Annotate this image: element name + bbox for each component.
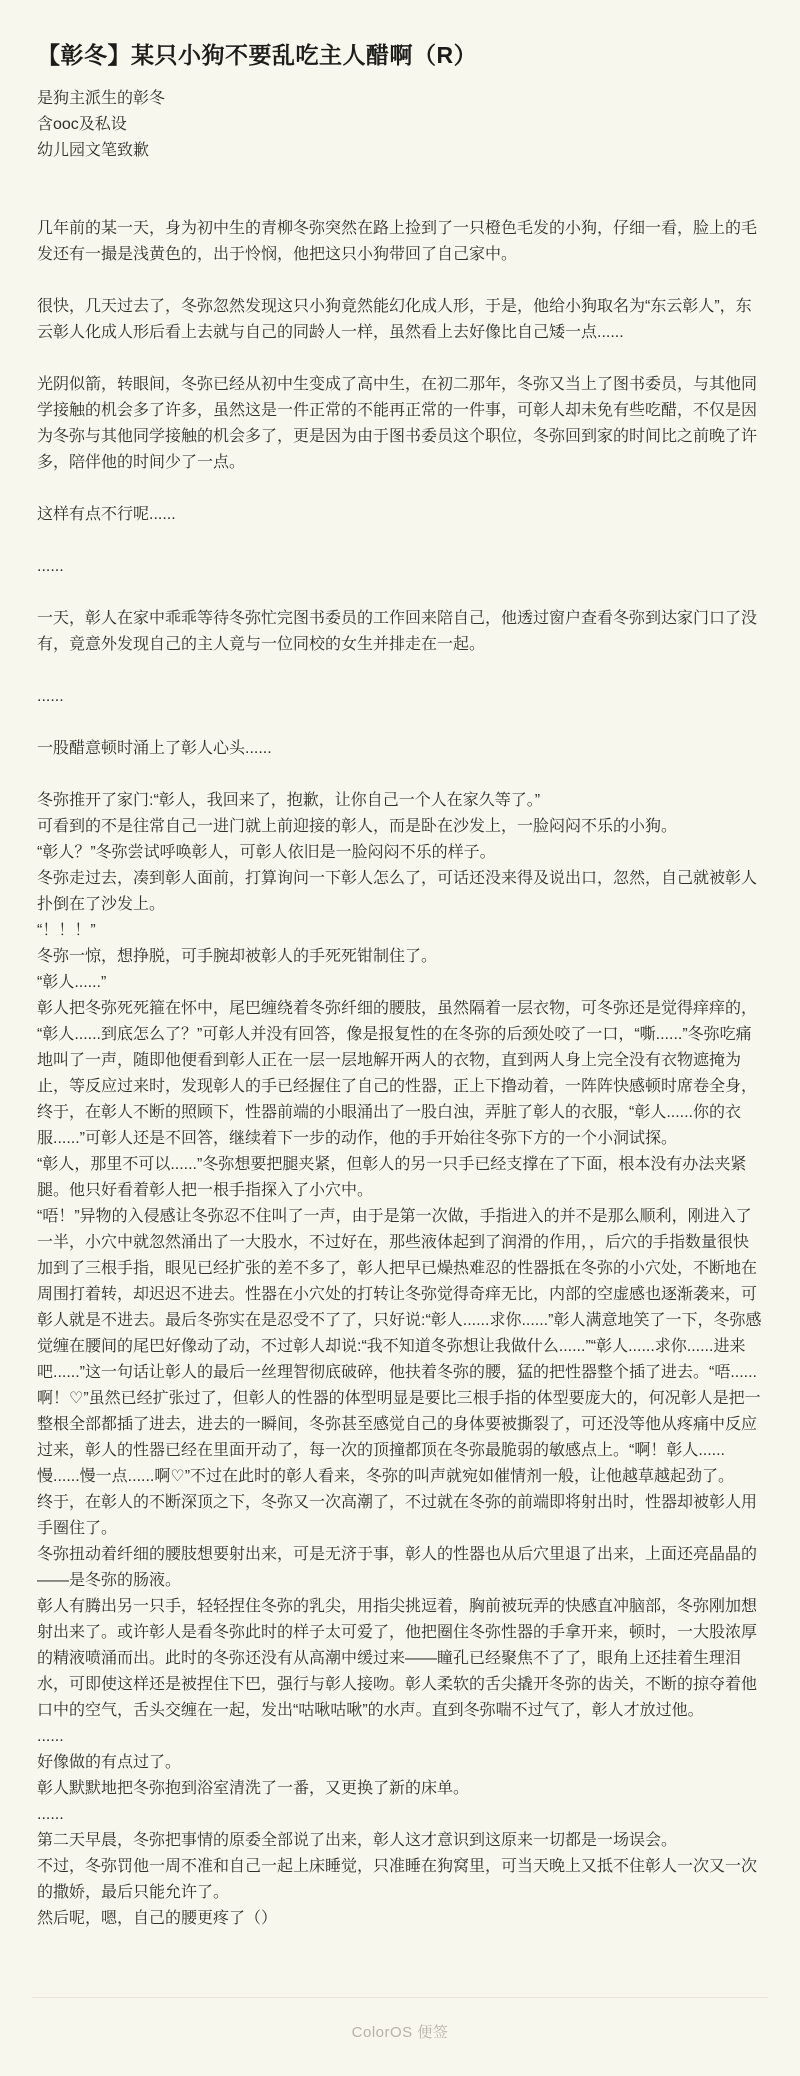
- note-paragraph: 冬弥走过去，凑到彰人面前，打算询问一下彰人怎么了，可话还没来得及说出口，忽然，自…: [37, 866, 763, 918]
- note-paragraph: 是狗主派生的彰冬 含ooc及私设 幼儿园文笔致歉: [37, 86, 763, 164]
- note-paragraph: 冬弥扭动着纤细的腰肢想要射出来，可是无济于事，彰人的性器也从后穴里退了出来，上面…: [37, 1542, 763, 1594]
- note-paragraph: 好像做的有点过了。: [37, 1750, 763, 1776]
- note-paragraph: 可看到的不是往常自己一进门就上前迎接的彰人，而是卧在沙发上，一脸闷闷不乐的小狗。: [37, 814, 763, 840]
- note-paragraph: 一天，彰人在家中乖乖等待冬弥忙完图书委员的工作回来陪自己，他透过窗户查看冬弥到达…: [37, 606, 763, 658]
- page-footer: ColorOS 便签: [0, 1997, 800, 2076]
- note-paragraph: 很快，几天过去了，冬弥忽然发现这只小狗竟然能幻化成人形，于是，他给小狗取名为“东…: [37, 294, 763, 346]
- note-paragraph: 一股醋意顿时涌上了彰人心头......: [37, 736, 763, 762]
- note-page: 【彰冬】某只小狗不要乱吃主人醋啊（R） 是狗主派生的彰冬 含ooc及私设 幼儿园…: [0, 0, 800, 2076]
- note-paragraph: 彰人有腾出另一只手，轻轻捏住冬弥的乳尖，用指尖挑逗着，胸前被玩弄的快感直冲脑部，…: [37, 1594, 763, 1724]
- note-paragraph: 冬弥一惊，想挣脱，可手腕却被彰人的手死死钳制住了。: [37, 944, 763, 970]
- note-paragraph: 这样有点不行呢......: [37, 502, 763, 528]
- note-paragraph: 终于，在彰人的不断深顶之下，冬弥又一次高潮了，不过就在冬弥的前端即将射出时，性器…: [37, 1490, 763, 1542]
- note-body: 是狗主派生的彰冬 含ooc及私设 幼儿园文笔致歉几年前的某一天，身为初中生的青柳…: [37, 86, 763, 1932]
- note-content: 【彰冬】某只小狗不要乱吃主人醋啊（R） 是狗主派生的彰冬 含ooc及私设 幼儿园…: [0, 0, 800, 1997]
- note-paragraph: ......: [37, 1724, 763, 1750]
- note-paragraph: 不过，冬弥罚他一周不准和自己一起上床睡觉，只准睡在狗窝里，可当天晚上又抵不住彰人…: [37, 1854, 763, 1906]
- note-paragraph: “！！！”: [37, 918, 763, 944]
- note-paragraph: 然后呢，嗯，自己的腰更疼了（）: [37, 1906, 763, 1932]
- note-paragraph: 彰人默默地把冬弥抱到浴室清洗了一番，又更换了新的床单。: [37, 1776, 763, 1802]
- note-paragraph: “彰人？”冬弥尝试呼唤彰人，可彰人依旧是一脸闷闷不乐的样子。: [37, 840, 763, 866]
- coloros-notes-watermark: ColorOS 便签: [32, 1998, 768, 2076]
- note-paragraph: “彰人，那里不可以......”冬弥想要把腿夹紧，但彰人的另一只手已经支撑在了下…: [37, 1152, 763, 1204]
- note-paragraph: “彰人......”: [37, 970, 763, 996]
- note-title: 【彰冬】某只小狗不要乱吃主人醋啊（R）: [37, 38, 763, 72]
- note-paragraph: 几年前的某一天，身为初中生的青柳冬弥突然在路上捡到了一只橙色毛发的小狗，仔细一看…: [37, 216, 763, 268]
- note-paragraph: ......: [37, 1802, 763, 1828]
- note-paragraph: ......: [37, 684, 763, 710]
- note-paragraph: 冬弥推开了家门:“彰人，我回来了，抱歉，让你自己一个人在家久等了。”: [37, 788, 763, 814]
- note-paragraph: 第二天早晨，冬弥把事情的原委全部说了出来，彰人这才意识到这原来一切都是一场误会。: [37, 1828, 763, 1854]
- note-paragraph: 彰人把冬弥死死箍在怀中，尾巴缠绕着冬弥纤细的腰肢，虽然隔着一层衣物，可冬弥还是觉…: [37, 996, 763, 1152]
- note-paragraph: “唔！”异物的入侵感让冬弥忍不住叫了一声，由于是第一次做，手指进入的并不是那么顺…: [37, 1204, 763, 1490]
- note-paragraph: ......: [37, 554, 763, 580]
- note-paragraph: 光阴似箭，转眼间，冬弥已经从初中生变成了高中生，在初二那年，冬弥又当上了图书委员…: [37, 372, 763, 476]
